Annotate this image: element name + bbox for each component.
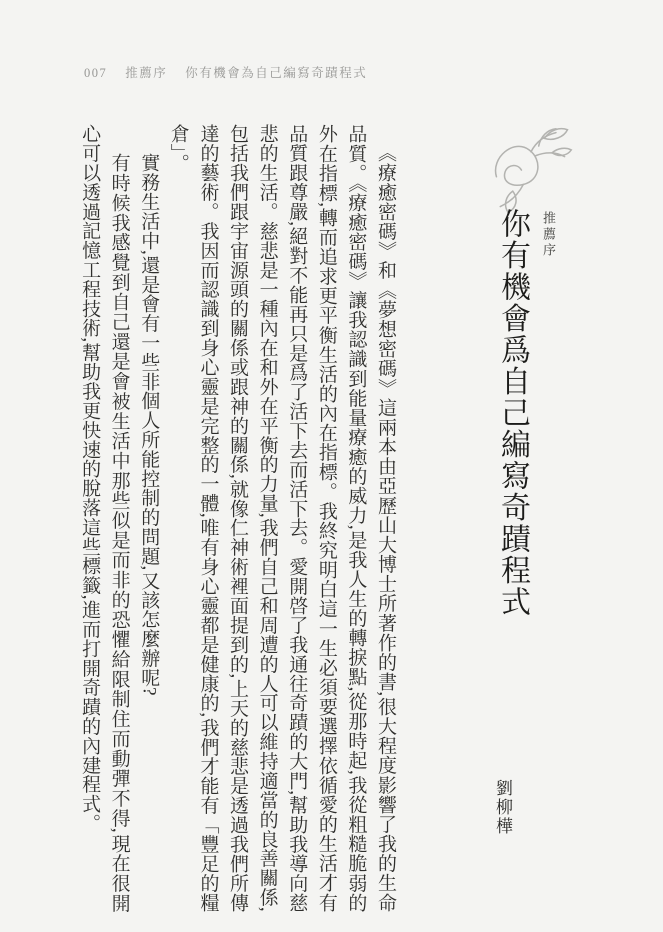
body-text: 《療癒密碼》和《夢想密碼》這兩本由亞歷山大博士所著作的書,很大程度影響了我的生命…: [70, 124, 400, 912]
section-kicker: 推薦序: [533, 208, 563, 848]
running-head: 007 推薦序 你有機會為自己編寫奇蹟程式: [84, 63, 367, 81]
body-paragraph-1: 《療癒密碼》和《夢想密碼》這兩本由亞歷山大博士所著作的書,很大程度影響了我的生命…: [163, 124, 400, 912]
running-head-page-number: 007: [84, 66, 107, 81]
plant-sketch-icon: [483, 123, 579, 219]
author-name: 劉柳樺: [491, 779, 513, 836]
running-head-chapter-title: 你有機會為自己編寫奇蹟程式: [185, 63, 367, 81]
book-page: 007 推薦序 你有機會為自己編寫奇蹟程式 推薦序 你有機會爲自己編寫奇蹟程式 …: [0, 0, 663, 932]
body-paragraph-2: 實務生活中,還是會有一些非個人所能控制的問題,又該怎麼辦呢?: [134, 124, 164, 912]
title-block: 推薦序 你有機會爲自己編寫奇蹟程式: [491, 208, 563, 848]
running-head-section-label: 推薦序: [125, 63, 167, 81]
page-title: 你有機會爲自己編寫奇蹟程式: [491, 208, 533, 848]
body-paragraph-3: 有時候我感覺到自己還是會被生活中那些似是而非的恐懼給限制住而動彈不得,現在很開心…: [74, 124, 133, 912]
